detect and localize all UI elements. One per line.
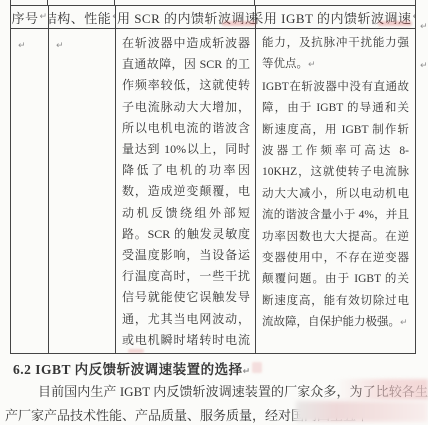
section-heading: 6.2 IGBT 内反馈斩波调速装置的选择↵ [13, 358, 251, 378]
header-col-structure: 结构、性能↵ [49, 6, 116, 29]
paragraph-mark-icon: ↵ [400, 318, 408, 328]
paragraph-mark-icon: ↵ [56, 41, 64, 51]
paragraph-mark-icon: ↵ [39, 12, 47, 22]
red-underline-artifact [378, 21, 412, 26]
body-cell-scr-text: 在斩波器中造成斩波器直通故障，因 SCR 的工作频率较低，这就使转子电流脉动大大… [116, 29, 256, 353]
red-underline-artifact [222, 21, 256, 26]
section-paragraph-text: 目前国内生产 IGBT 内反馈斩波调速装置的厂家众多，为了比较各生产厂家产品技术… [5, 384, 428, 423]
row-end-mark-icon: ↵ [420, 61, 428, 71]
body-cell-igbt-text: 能力，及抗脉冲干扰能力强等优点。↵ IGBT在斩波器中没有直通故障，由于 IGB… [256, 29, 415, 353]
header-col-index: 序号↵ [11, 6, 49, 29]
comparison-table: 序号↵ 结构、性能↵ 采用 SCR 的内馈斩波调速↵ 采用 IGBT 的内馈斩波… [10, 5, 416, 354]
red-underline-artifact [252, 362, 262, 373]
paragraph-mark-icon: ↵ [413, 12, 415, 22]
igbt-description-text-1: 能力，及抗脉冲干扰能力强等优点。 [262, 37, 409, 70]
scr-description-text: 在斩波器中造成斩波器直通故障，因 SCR 的工作频率较低，这就使转子电流脉动大大… [122, 36, 250, 353]
row-end-mark-icon: ↵ [420, 22, 428, 32]
paragraph-mark-icon: ↵ [243, 367, 251, 377]
igbt-description-text-2: IGBT在斩波器中没有直通故障，由于 IGBT 的导通和关断速度高，用 IGBT… [262, 81, 409, 328]
header-col-structure-label: 结构、性能 [49, 8, 111, 27]
red-underline-artifact [128, 349, 144, 353]
paragraph-mark-icon: ↵ [18, 41, 26, 51]
section-heading-text: 6.2 IGBT 内反馈斩波调速装置的选择 [13, 362, 243, 377]
body-cell-structure-empty: ↵ [49, 29, 116, 353]
section-paragraph: 目前国内生产 IGBT 内反馈斩波调速装置的厂家众多，为了比较各生产厂家产品技术… [5, 380, 428, 425]
header-col-index-label: 序号 [11, 8, 38, 27]
paragraph-mark-icon: ↵ [308, 60, 316, 70]
body-cell-index-empty: ↵ [11, 29, 49, 353]
